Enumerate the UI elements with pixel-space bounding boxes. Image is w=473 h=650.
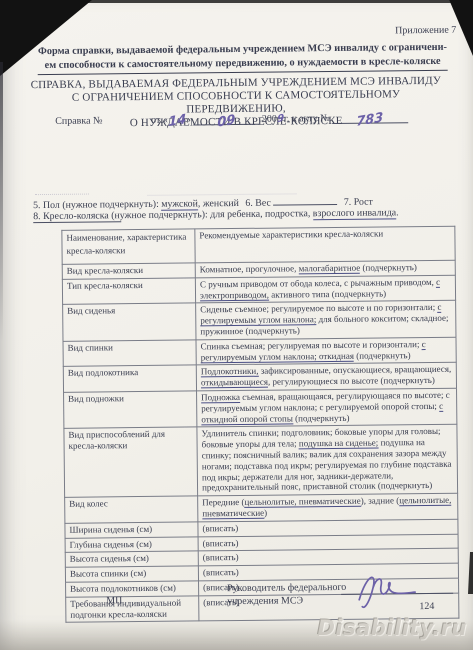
row-value-cell: Подлокотники, зафиксированные, опускающи…: [196, 363, 456, 391]
header-recommended-column: Рекомендуемые характеристики кресла-коля…: [195, 226, 455, 263]
text-segment: (подчеркнуть): [293, 412, 350, 423]
title-line2: С ОГРАНИЧЕНИЕМ СПОСОБНОСТИ К САМОСТОЯТЕЛ…: [72, 88, 400, 115]
scan-artifact-dashes: [35, 194, 89, 196]
handwritten-signature: [349, 569, 421, 610]
item8-prefix: 8. Кресло-коляска (нужное подчеркнуть): …: [33, 208, 313, 222]
spravka-number-label: Справка №: [55, 115, 102, 126]
signatory-label: Руководитель федерального учреждения МСЭ: [227, 582, 357, 608]
scanned-form-page: Приложение 7 Форма справки, выдаваемой ф…: [0, 0, 473, 650]
row-value-cell: Передние (цельнолитые, пневматические), …: [198, 493, 458, 521]
table-header-row: Наименование, характеристика кресла-коля…: [62, 226, 455, 264]
text-segment: (вписать): [203, 538, 239, 548]
weight-blank: [273, 194, 337, 206]
pen-underlined-text: Подножка: [201, 392, 240, 403]
text-segment: Комнатное, прогулочное,: [200, 263, 299, 274]
pen-underlined-text: Подлокотники,: [201, 366, 259, 378]
row-name-cell: Вид спинки: [63, 340, 196, 367]
text-segment: Передние (: [202, 497, 244, 507]
row-value-cell: Сиденье съемное; регулируемое по высоте …: [196, 301, 456, 340]
act-label: г. к акту №: [284, 113, 330, 124]
row-name-cell: Тип кресла-коляски: [62, 278, 195, 305]
row-name-cell: Вид сиденья: [63, 303, 196, 341]
text-segment: ): [264, 508, 267, 518]
wheelchair-table: Наименование, характеристика кресла-коля…: [61, 226, 459, 623]
row-value-cell: Подножка съемная, вращающаяся, регулирую…: [197, 388, 457, 427]
row-name-cell: Вид подлокотника: [63, 365, 196, 392]
row-name-cell: Вид колес: [65, 496, 198, 523]
row-name-cell: Вид подножки: [64, 391, 197, 429]
page-number: 124: [419, 601, 434, 612]
header-name-column: Наименование, характеристика кресла-коля…: [62, 229, 195, 264]
handwritten-month: 09: [218, 121, 236, 124]
stamp-place-label: МП: [106, 595, 122, 606]
handwritten-year-digit: 9: [277, 119, 284, 120]
row-name-cell: Вид кресла-коляски: [62, 263, 195, 279]
row-value-cell: Спинка съемная; регулируемая по высоте и…: [196, 337, 456, 365]
table-row: Вид приспособлений для кресла-коляскиУдл…: [64, 425, 458, 498]
text-segment: (вписать): [203, 552, 239, 562]
row-name-cell: Высота подлокотников (см): [66, 581, 199, 597]
text-segment: (подчеркнуть): [354, 350, 411, 361]
text-segment: активного типа (подчеркнуть): [269, 288, 386, 299]
month-blank: 09: [193, 114, 259, 126]
appendix-label: Приложение 7: [395, 25, 456, 37]
table-body: Вид кресла-коляскиКомнатное, прогулочное…: [62, 260, 459, 622]
handwritten-act-number: 783: [357, 118, 384, 123]
pen-underlined-text: цельнолитые, пневматические: [244, 496, 360, 508]
text-segment: (вписать): [202, 523, 238, 533]
text-segment: , регулирующиеся по высоте (подчеркнуть): [268, 375, 435, 387]
row-name-cell: Высота сиденья (см): [65, 551, 198, 567]
pen-underlined-text: малогабаритное: [299, 263, 361, 275]
act-blank: 783: [332, 112, 408, 124]
form-note-line2: ем способности к самостоятельному передв…: [38, 55, 448, 75]
row-value-cell: С ручным приводом от обода колеса, с рыч…: [195, 275, 455, 303]
item8-underlined-choice: взрослого инвалида: [313, 207, 396, 220]
date-from-label: от «: [151, 115, 168, 126]
text-segment: (вписать): [203, 567, 239, 577]
form-note: Форма справки, выдаваемой федеральным уч…: [37, 41, 447, 75]
table-row: Вид сиденьяСиденье съемное; регулируемое…: [63, 301, 456, 342]
row-name-cell: Глубина сиденья (см): [65, 536, 198, 552]
text-segment: ), задние (: [361, 495, 400, 505]
form-content: Приложение 7 Форма справки, выдаваемой ф…: [0, 0, 473, 650]
pen-underlined-text: откидывающиеся: [201, 377, 268, 389]
row-name-cell: Высота спинки (см): [65, 566, 198, 582]
row-name-cell: Требования индивидуальной подгонки кресл…: [66, 596, 199, 623]
row-value-cell: Удлинитель спинки; подголовник; боковые …: [197, 425, 458, 497]
handwritten-day: 14: [168, 120, 186, 123]
row-name-cell: Вид приспособлений для кресла-коляски: [64, 427, 198, 497]
text-segment: (подчеркнуть): [360, 262, 417, 273]
year-prefix: 200: [262, 114, 277, 125]
quote-close: »: [186, 114, 191, 125]
scan-edge-left: [0, 62, 3, 342]
table-row: Вид подножкиПодножка съемная, вращающаяс…: [64, 388, 457, 429]
signatory-line1: Руководитель федерального: [227, 582, 346, 594]
signatory-line2: учреждения МСЭ: [227, 595, 303, 607]
scan-shadow-bottom: [0, 620, 473, 650]
row-name-cell: Ширина сиденья (см): [65, 522, 198, 538]
scan-edge-top: [80, 0, 453, 3]
item8-suffix: .: [396, 207, 399, 218]
text-segment: С ручным приводом от обода колеса, с рыч…: [200, 277, 436, 289]
